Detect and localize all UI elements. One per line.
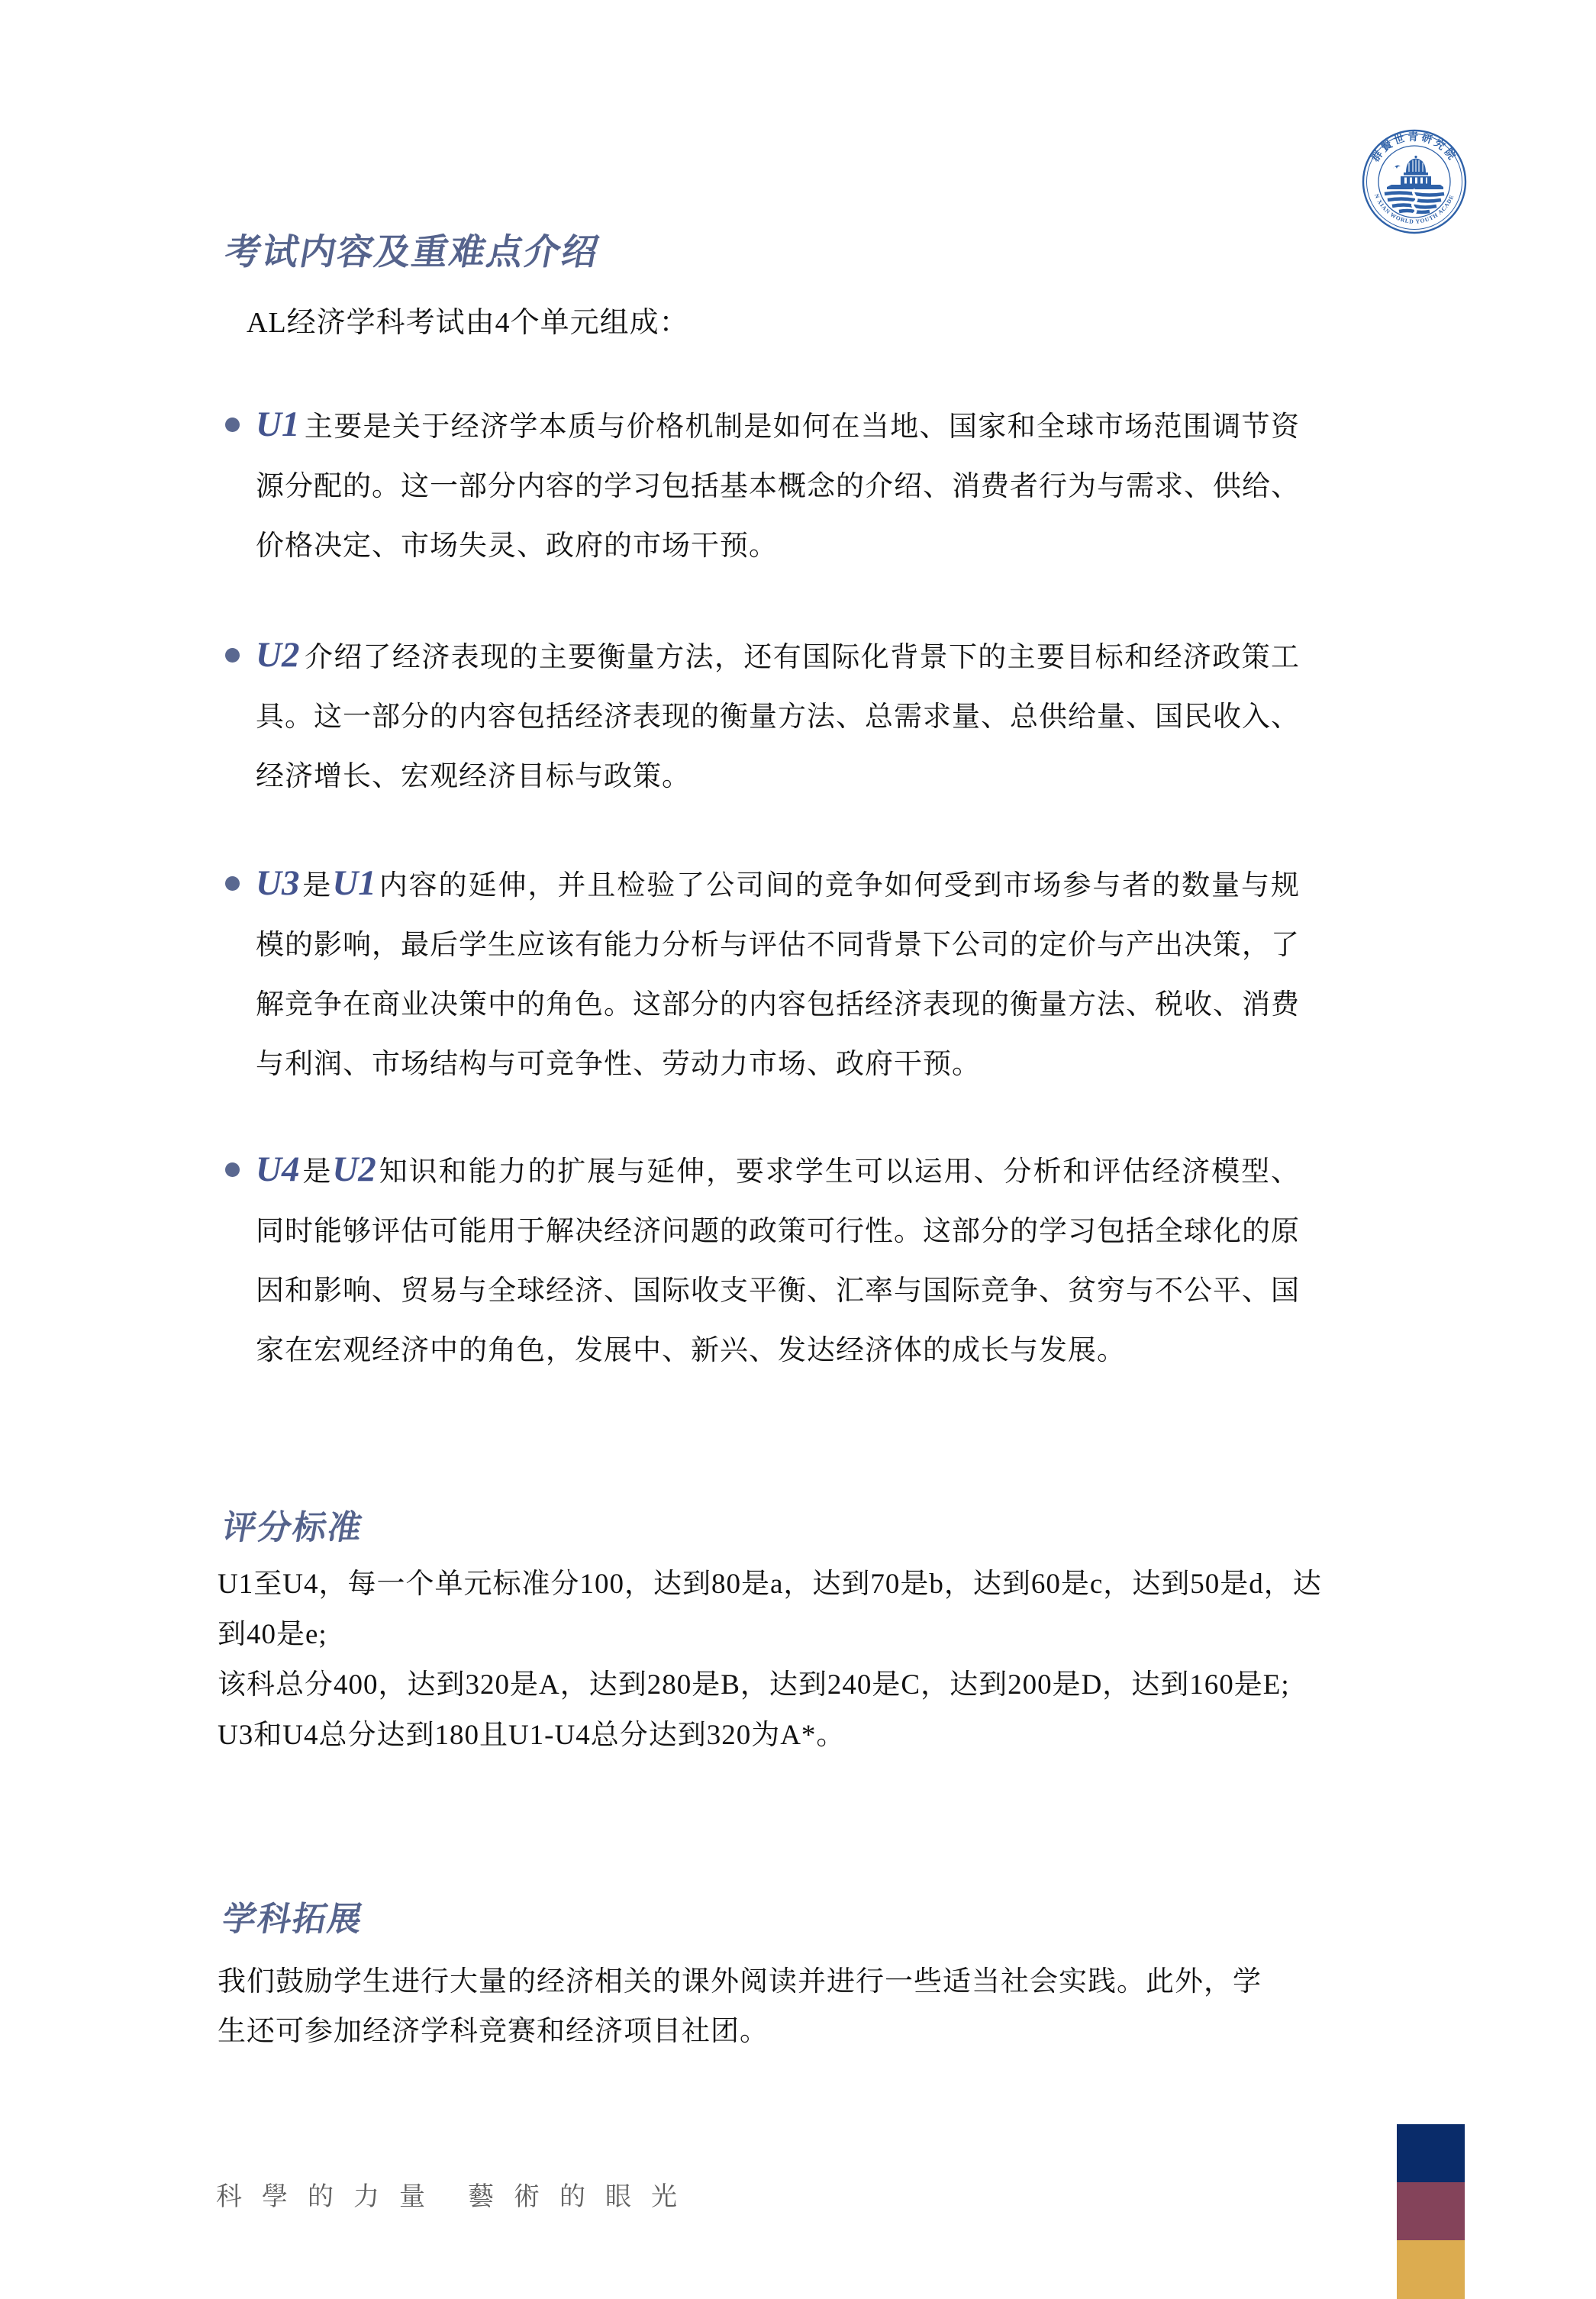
unit-mid-text: 是 <box>301 870 332 901</box>
section-heading-extension: 学科拓展 <box>219 1891 368 1940</box>
bullet-dot <box>225 1162 240 1177</box>
dome-building-icon <box>1387 156 1443 189</box>
document-page: 群賢世青研究院 QUN XIAN WORLD YOUTH ACADEMY <box>0 0 1596 2299</box>
unit-description: 内容的延伸，并且检验了公司间的竞争如何受到市场参与者的数量与规模的影响，最后学生… <box>256 870 1300 1080</box>
color-block-navy <box>1397 2124 1465 2182</box>
scoring-section: U1至U4，每一个单元标准分100，达到80是a，达到70是b，达到60是c，达… <box>218 1559 1323 1761</box>
bullet-dot <box>225 648 240 663</box>
scoring-rule-astar: U3和U4总分达到180且U1-U4总分达到320为A*。 <box>218 1711 1323 1761</box>
scoring-rule-units: U1至U4，每一个单元标准分100，达到80是a，达到70是b，达到60是c，达… <box>218 1559 1323 1660</box>
bullet-dot <box>225 418 240 432</box>
extension-paragraph: 我们鼓励学生进行大量的经济相关的课外阅读并进行一些适当社会实践。此外，学生还可参… <box>218 1957 1288 2056</box>
intro-paragraph: AL经济学科考试由4个单元组成： <box>247 304 689 342</box>
academy-logo-svg: 群賢世青研究院 QUN XIAN WORLD YOUTH ACADEMY <box>1361 128 1468 235</box>
unit-mid-text: 是 <box>301 1156 332 1188</box>
footer-slogan: 科學的力量藝術的眼光 <box>216 2175 697 2213</box>
section-heading-scoring: 评分标准 <box>219 1500 368 1549</box>
academy-logo: 群賢世青研究院 QUN XIAN WORLD YOUTH ACADEMY <box>1361 128 1468 235</box>
footer-slogan-left: 科學的力量 <box>216 2183 445 2211</box>
unit-item-u1: U1主要是关于经济学本质与价格机制是如何在当地、国家和全球市场范围调节资源分配的… <box>256 395 1300 576</box>
unit-item-u2: U2介绍了经济表现的主要衡量方法，还有国际化背景下的主要目标和经济政策工具。这一… <box>256 625 1300 807</box>
color-block-gold <box>1397 2240 1465 2299</box>
unit-label-ref: U2 <box>332 1149 378 1189</box>
unit-item-u4: U4是U2知识和能力的扩展与延伸，要求学生可以运用、分析和评估经济模型、同时能够… <box>256 1140 1300 1381</box>
unit-label-u2: U2 <box>256 635 301 675</box>
unit-label-u3: U3 <box>256 863 301 903</box>
unit-description: 主要是关于经济学本质与价格机制是如何在当地、国家和全球市场范围调节资源分配的。这… <box>256 411 1300 562</box>
unit-description: 介绍了经济表现的主要衡量方法，还有国际化背景下的主要目标和经济政策工具。这一部分… <box>256 642 1300 792</box>
unit-label-ref: U1 <box>332 863 378 903</box>
footer-slogan-right: 藝術的眼光 <box>468 2183 697 2211</box>
unit-label-u4: U4 <box>256 1149 301 1189</box>
color-block-plum <box>1397 2182 1465 2240</box>
bullet-dot <box>225 876 240 891</box>
crane-icon <box>1393 166 1401 169</box>
unit-item-u3: U3是U1内容的延伸，并且检验了公司间的竞争如何受到市场参与者的数量与规模的影响… <box>256 853 1300 1095</box>
unit-label-u1: U1 <box>256 405 301 444</box>
scoring-rule-total: 该科总分400，达到320是A，达到280是B，达到240是C，达到200是D，… <box>218 1660 1323 1711</box>
section-heading-exam-content: 考试内容及重难点介绍 <box>221 224 605 275</box>
unit-description: 知识和能力的扩展与延伸，要求学生可以运用、分析和评估经济模型、同时能够评估可能用… <box>256 1156 1300 1366</box>
footer-color-blocks <box>1397 2124 1465 2299</box>
